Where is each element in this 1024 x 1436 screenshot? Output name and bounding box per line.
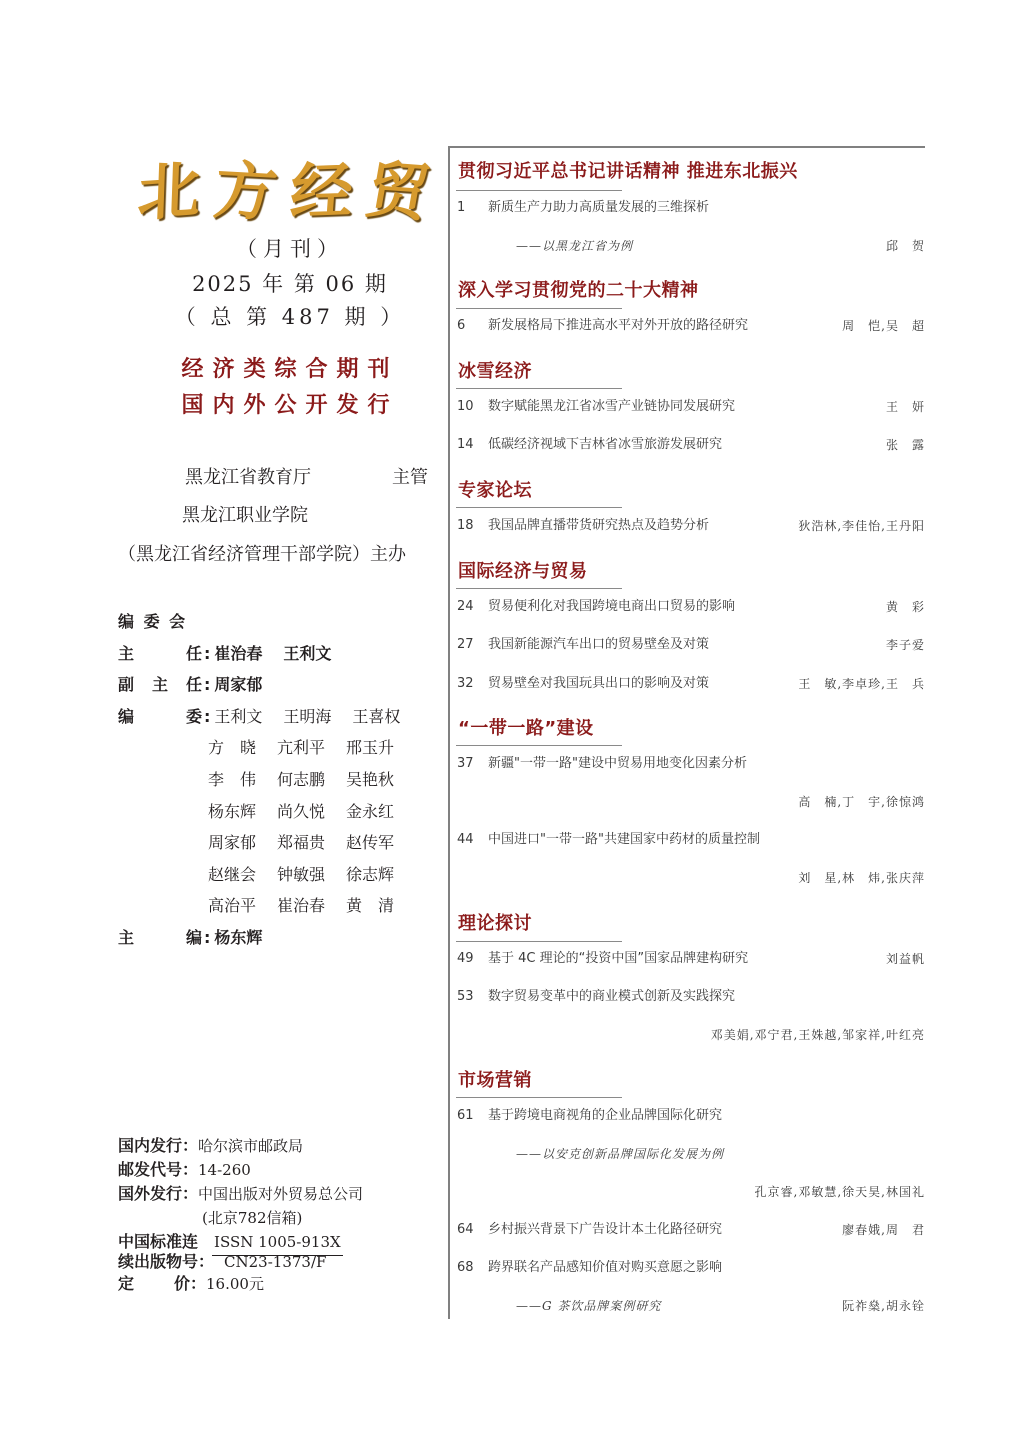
person-name: 王明海 (283, 701, 352, 733)
board-heading-row: 编 委 会 (118, 606, 421, 638)
person-name: 赵传军 (346, 827, 415, 859)
article-author: 周 恺,吴 超 (842, 317, 925, 335)
section-rule (456, 308, 622, 309)
article-title[interactable]: 新质生产力助力高质量发展的三维探析 (488, 199, 709, 217)
host-name: 黑龙江职业学院 (182, 501, 308, 527)
members-row: 周家郁郑福贵赵传军 (118, 827, 421, 859)
toc-entry[interactable]: 18 我国品牌直播带货研究热点及趋势分析 狄浩林,李佳怡,王丹阳 (457, 517, 925, 535)
info-value: 中国出版对外贸易总公司 (198, 1182, 363, 1206)
section-rule (456, 388, 622, 389)
info-label: 国外发行： (118, 1182, 198, 1206)
article-subtitle: ——以安克创新品牌国际化发展为例 (516, 1145, 724, 1163)
toc-section-title: 理论探讨 (458, 909, 532, 935)
person-name: 钟敏强 (277, 859, 346, 891)
section-rule (456, 507, 622, 508)
person-name: 尚久悦 (277, 796, 346, 828)
info-value: 哈尔滨市邮政局 (198, 1134, 303, 1158)
page-number: 64 (457, 1221, 487, 1239)
domestic-distribution-row: 国内发行： 哈尔滨市邮政局 (118, 1134, 363, 1158)
person-name: 赵继会 (208, 859, 277, 891)
article-author: 阮祚燊,胡永铨 (842, 1297, 925, 1315)
members-label: 编 委 (118, 701, 202, 733)
article-author: 李子爱 (886, 636, 925, 654)
issn-row: 中国标准连 ISSN 1005-913X (118, 1230, 363, 1250)
article-title[interactable]: 新发展格局下推进高水平对外开放的路径研究 (488, 317, 748, 335)
info-value: (北京782信箱) (202, 1206, 302, 1230)
slogan-distribution: 国内外公开发行 (140, 388, 440, 419)
members-row: 高治平崔治春黄 清 (118, 890, 421, 922)
toc-section-title: “一带一路”建设 (458, 714, 594, 740)
person-name: 王利文 (214, 701, 283, 733)
supervisor-role: 主管 (392, 463, 428, 489)
page-number: 61 (457, 1107, 487, 1125)
host-name-alt: （黑龙江省经济管理干部学院）主办 (118, 540, 406, 566)
logo-char: 北 (136, 139, 201, 232)
total-issue-number: （ 总 第 487 期 ） (140, 301, 440, 331)
chief-editor-label: 主 编 (118, 922, 202, 954)
section-rule (456, 1097, 622, 1098)
issue-number: 2025 年 第 06 期 (140, 268, 440, 298)
article-author: 王 敏,李卓珍,王 兵 (798, 675, 925, 693)
section-rule (456, 190, 622, 191)
toc-section-title: 冰雪经济 (458, 357, 532, 383)
article-title[interactable]: 基于 4C 理论的“投资中国”国家品牌建构研究 (488, 950, 748, 968)
label-char: 编 (186, 922, 202, 954)
toc-entry[interactable]: 61 基于跨境电商视角的企业品牌国际化研究 (457, 1107, 925, 1125)
logo-char: 方 (208, 140, 284, 232)
supervisor-name: 黑龙江省教育厅 (185, 463, 311, 489)
slogan-journal-type: 经济类综合期刊 (140, 352, 440, 383)
person-name: 方 晓 (208, 732, 277, 764)
info-label: 续出版物号： (118, 1250, 214, 1274)
article-title[interactable]: 中国进口"一带一路"共建国家中药材的质量控制 (488, 831, 760, 849)
label-char: 主 (118, 638, 134, 670)
cn-row: 续出版物号： CN23-1373/F (118, 1250, 363, 1272)
page-number: 10 (457, 398, 487, 416)
info-label: 国内发行： (118, 1134, 198, 1158)
publication-info: 国内发行： 哈尔滨市邮政局 邮发代号： 14-260 国外发行： 中国出版对外贸… (118, 1134, 363, 1296)
article-subtitle: ——以黑龙江省为例 (516, 237, 633, 255)
journal-logo: 北 方 经 贸 (134, 146, 434, 226)
toc-entry[interactable]: 6 新发展格局下推进高水平对外开放的路径研究 周 恺,吴 超 (457, 317, 925, 335)
article-author: 张 露 (886, 436, 925, 454)
page-number: 37 (457, 755, 487, 773)
person-name: 邢玉升 (346, 732, 415, 764)
section-rule (456, 588, 622, 589)
article-author: 廖春娥,周 君 (842, 1221, 925, 1239)
article-title[interactable]: 我国新能源汽车出口的贸易壁垒及对策 (488, 636, 709, 654)
page-number: 6 (457, 317, 487, 335)
label-char: 任 (186, 669, 202, 701)
label-char: 主 (118, 922, 134, 954)
toc-section-title: 贯彻习近平总书记讲话精神 推进东北振兴 (458, 157, 798, 183)
person-name: 高治平 (208, 890, 277, 922)
info-label: 价： (174, 1272, 206, 1296)
page-number: 44 (457, 831, 487, 849)
article-title[interactable]: 数字贸易变革中的商业模式创新及实践探究 (488, 988, 735, 1006)
person-name: 王喜权 (352, 701, 421, 733)
toc-frame-left (448, 146, 450, 1319)
toc-entry[interactable]: 24 贸易便利化对我国跨境电商出口贸易的影响 黄 彩 (457, 598, 925, 616)
info-value: 14-260 (198, 1158, 251, 1182)
toc-frame-top (448, 146, 925, 148)
article-author: 黄 彩 (886, 598, 925, 616)
members-row: 李 伟何志鹏吴艳秋 (118, 764, 421, 796)
deputy-label: 副 主 任 (118, 669, 202, 701)
toc-entry[interactable]: 10 数字赋能黑龙江省冰雪产业链协同发展研究 王 妍 (457, 398, 925, 416)
article-title[interactable]: 贸易壁垒对我国玩具出口的影响及对策 (488, 675, 709, 693)
article-title[interactable]: 低碳经济视域下吉林省冰雪旅游发展研究 (488, 436, 722, 454)
cn-value: CN23-1373/F (224, 1250, 326, 1274)
label-char: 副 (118, 669, 134, 701)
article-title[interactable]: 我国品牌直播带货研究热点及趋势分析 (488, 517, 709, 535)
toc-entry[interactable]: 14 低碳经济视域下吉林省冰雪旅游发展研究 张 露 (457, 436, 925, 454)
article-author: 孔京睿,邓敏慧,徐天昊,林国礼 (755, 1183, 925, 1201)
article-author: 高 楠,丁 宇,徐惊鸿 (798, 793, 925, 811)
deputy-row: 副 主 任 : 周家郁 (118, 669, 421, 701)
page-number: 68 (457, 1259, 487, 1277)
article-title[interactable]: 数字赋能黑龙江省冰雪产业链协同发展研究 (488, 398, 735, 416)
article-subtitle: ——G 茶饮品牌案例研究 (516, 1297, 661, 1315)
article-author: 邱 贺 (886, 237, 925, 255)
foreign-distribution-row: 国外发行： 中国出版对外贸易总公司 (118, 1182, 363, 1206)
board-heading: 编 委 会 (118, 606, 187, 638)
publication-frequency: （月刊） (140, 233, 440, 263)
person-name: 杨东辉 (208, 796, 277, 828)
person-name: 周家郁 (214, 669, 283, 701)
toc-entry[interactable]: 68 跨界联名产品感知价值对购买意愿之影响 (457, 1259, 925, 1277)
article-title[interactable]: 新疆"一带一路"建设中贸易用地变化因素分析 (488, 755, 747, 773)
article-title[interactable]: 贸易便利化对我国跨境电商出口贸易的影响 (488, 598, 735, 616)
person-name: 何志鹏 (277, 764, 346, 796)
person-name: 吴艳秋 (346, 764, 415, 796)
page-number: 49 (457, 950, 487, 968)
person-name: 杨东辉 (214, 922, 283, 954)
person-name: 周家郁 (208, 827, 277, 859)
article-author: 刘 星,林 炜,张庆萍 (798, 869, 925, 887)
person-name: 黄 清 (346, 890, 415, 922)
toc-entry[interactable]: 49 基于 4C 理论的“投资中国”国家品牌建构研究 刘益帆 (457, 950, 925, 968)
article-author: 王 妍 (886, 398, 925, 416)
person-name: 崔治春 (214, 638, 283, 670)
toc-section-title: 深入学习贯彻党的二十大精神 (458, 276, 699, 302)
members-row: 编 委 : 王利文 王明海 王喜权 (118, 701, 421, 733)
article-title[interactable]: 基于跨境电商视角的企业品牌国际化研究 (488, 1107, 722, 1125)
deputy-names: 周家郁 (214, 669, 283, 701)
toc-entry[interactable]: 64 乡村振兴背景下广告设计本土化路径研究 廖春娥,周 君 (457, 1221, 925, 1239)
editorial-board: 编 委 会 主 任 : 崔治春 王利文 副 主 任 : 周家郁 编 委 : 王利… (118, 606, 421, 954)
toc-entry[interactable]: 1 新质生产力助力高质量发展的三维探析 (457, 199, 925, 217)
section-rule (456, 745, 622, 746)
members-row: 杨东辉尚久悦金永红 (118, 796, 421, 828)
person-name: 王利文 (283, 638, 352, 670)
article-title[interactable]: 跨界联名产品感知价值对购买意愿之影响 (488, 1259, 722, 1277)
label-char: 主 (152, 669, 168, 701)
members-row: 赵继会钟敏强徐志辉 (118, 859, 421, 891)
page-number: 32 (457, 675, 487, 693)
member-names: 王利文 王明海 王喜权 (214, 701, 421, 733)
person-name: 徐志辉 (346, 859, 415, 891)
logo-char: 贸 (361, 139, 438, 232)
director-row: 主 任 : 崔治春 王利文 (118, 638, 421, 670)
toc-entry[interactable]: 32 贸易壁垒对我国玩具出口的影响及对策 王 敏,李卓珍,王 兵 (457, 675, 925, 693)
label-char: 任 (186, 638, 202, 670)
person-name: 金永红 (346, 796, 415, 828)
toc-section-title: 市场营销 (458, 1066, 532, 1092)
person-name: 郑福贵 (277, 827, 346, 859)
page-number: 1 (457, 199, 487, 217)
page-number: 18 (457, 517, 487, 535)
logo-char: 经 (288, 140, 356, 231)
price-value: 16.00元 (206, 1272, 264, 1296)
foreign-distribution-row-2: (北京782信箱) (118, 1206, 363, 1230)
members-row: 方 晓亢利平邢玉升 (118, 732, 421, 764)
postal-code-row: 邮发代号： 14-260 (118, 1158, 363, 1182)
director-label: 主 任 (118, 638, 202, 670)
page-number: 14 (457, 436, 487, 454)
label-char: 编 (118, 701, 134, 733)
toc-entry[interactable]: 53 数字贸易变革中的商业模式创新及实践探究 (457, 988, 925, 1006)
price-row: 定 价： 16.00元 (118, 1272, 363, 1296)
director-names: 崔治春 王利文 (214, 638, 352, 670)
toc-entry[interactable]: 37 新疆"一带一路"建设中贸易用地变化因素分析 (457, 755, 925, 773)
article-author: 刘益帆 (886, 950, 925, 968)
person-name: 亢利平 (277, 732, 346, 764)
page-number: 27 (457, 636, 487, 654)
toc-entry[interactable]: 44 中国进口"一带一路"共建国家中药材的质量控制 (457, 831, 925, 849)
toc-entry[interactable]: 27 我国新能源汽车出口的贸易壁垒及对策 李子爱 (457, 636, 925, 654)
article-author: 邓美娟,邓宁君,王姝越,邹家祥,叶红亮 (711, 1026, 925, 1044)
toc-section-title: 国际经济与贸易 (458, 557, 588, 583)
section-rule (456, 941, 622, 942)
person-name: 崔治春 (277, 890, 346, 922)
toc-section-title: 专家论坛 (458, 476, 532, 502)
info-label: 邮发代号： (118, 1158, 198, 1182)
label-char: 委 (186, 701, 202, 733)
page-number: 53 (457, 988, 487, 1006)
info-label: 定 (118, 1272, 174, 1296)
person-name: 李 伟 (208, 764, 277, 796)
article-title[interactable]: 乡村振兴背景下广告设计本土化路径研究 (488, 1221, 722, 1239)
chief-editor-row: 主 编 : 杨东辉 (118, 922, 421, 954)
article-author: 狄浩林,李佳怡,王丹阳 (798, 517, 925, 535)
page-number: 24 (457, 598, 487, 616)
